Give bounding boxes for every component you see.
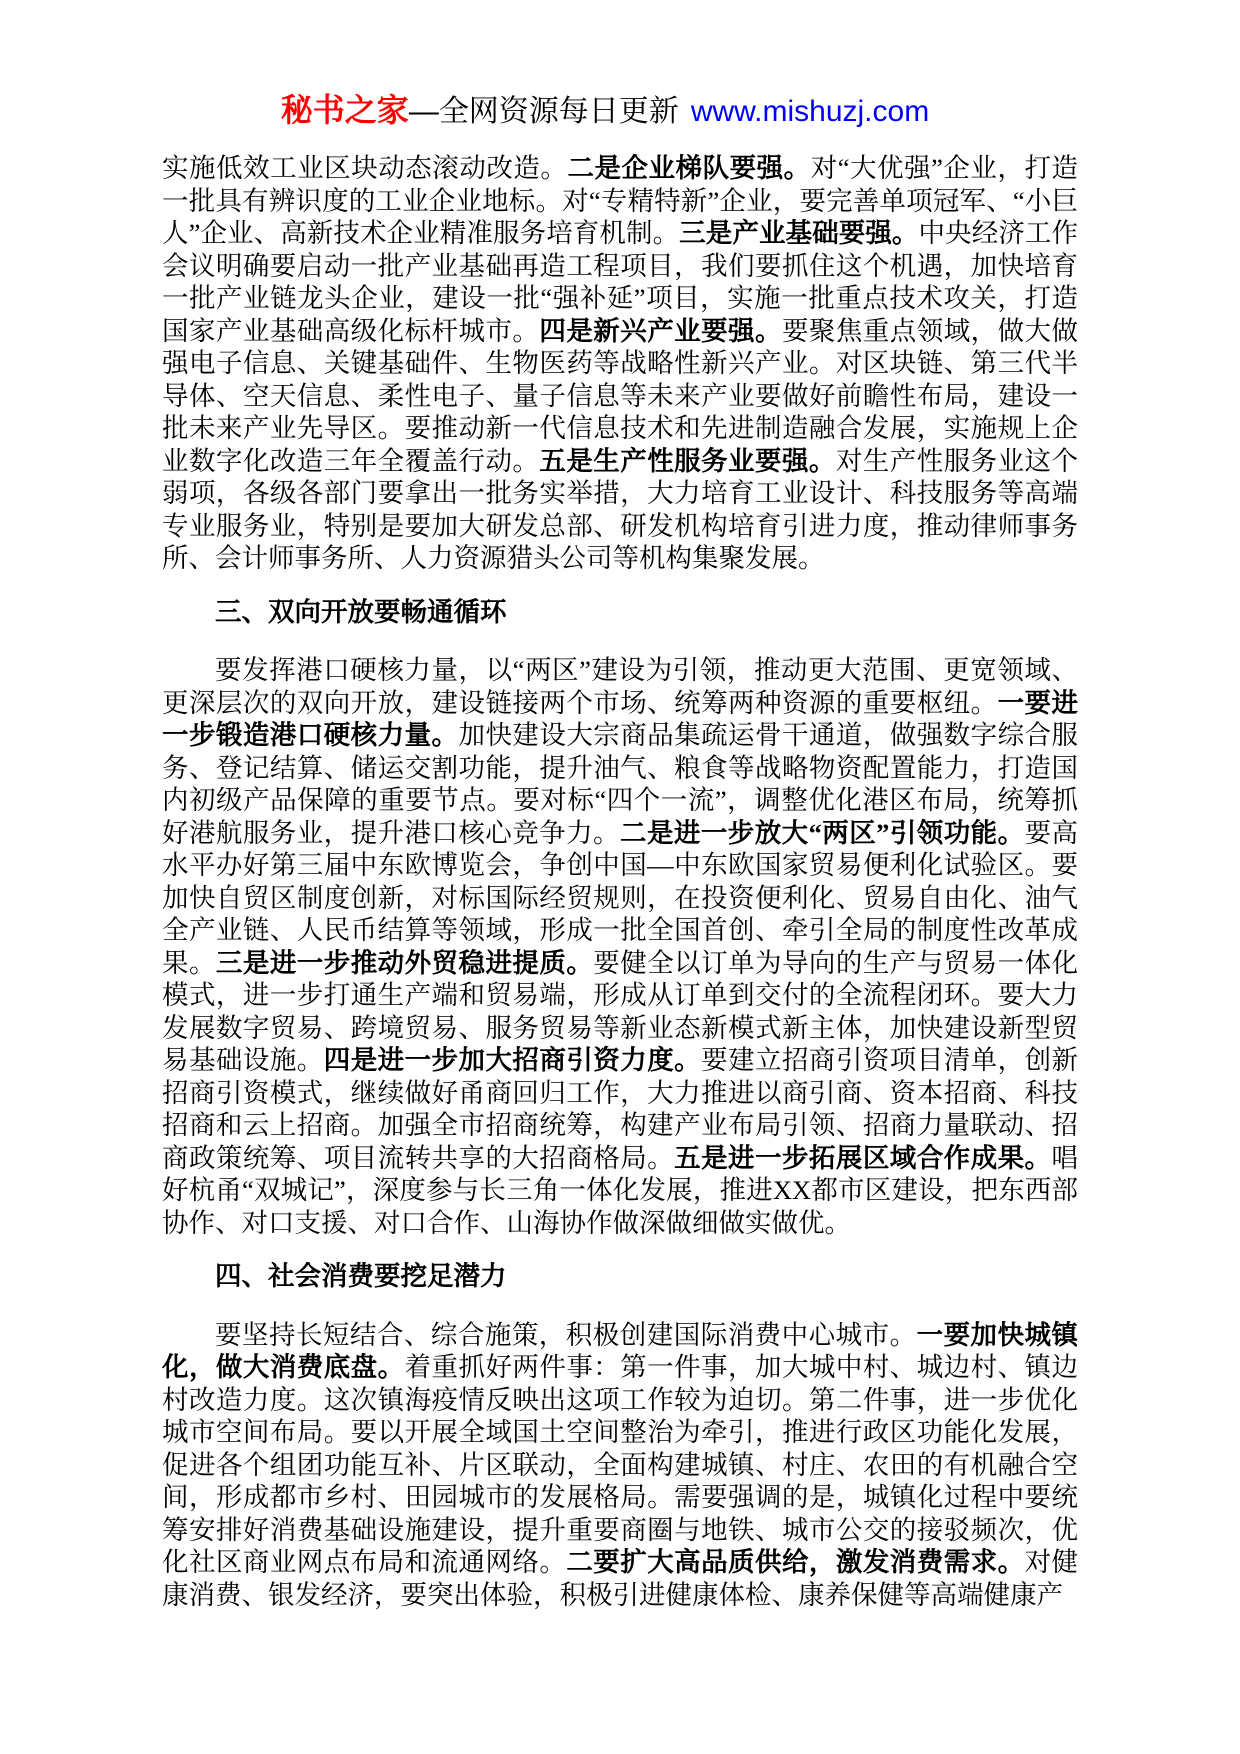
text-run: 实施低效工业区块动态滚动改造。	[162, 153, 567, 183]
paragraph-social-consumption: 要坚持长短结合、综合施策，积极创建国际消费中心城市。一要加快城镇化，做大消费底盘…	[162, 1319, 1078, 1612]
bold-run-industry-base: 三是产业基础要强。	[679, 218, 918, 248]
paragraph-industry-strength: 实施低效工业区块动态滚动改造。二是企业梯队要强。对“大优强”企业，打造一批具有辨…	[162, 152, 1078, 575]
paragraph-two-way-opening: 要发挥港口硬核力量，以“两区”建设为引领，推动更大范围、更宽领域、更深层次的双向…	[162, 654, 1078, 1239]
bold-run-foreign-trade: 三是进一步推动外贸稳进提质。	[216, 948, 593, 978]
bold-run-two-zones: 二是进一步放大“两区”引领功能。	[620, 818, 1025, 848]
site-header: 秘书之家—全网资源每日更新www.mishuzj.com	[132, 92, 1078, 130]
bold-run-enterprise-tier: 二是企业梯队要强。	[567, 153, 810, 183]
text-run: 要坚持长短结合、综合施策，积极创建国际消费中心城市。	[215, 1320, 917, 1350]
site-tagline: —全网资源每日更新	[409, 95, 679, 128]
document-page: 秘书之家—全网资源每日更新www.mishuzj.com 实施低效工业区块动态滚…	[162, 0, 1078, 1611]
bold-run-quality-supply: 二要扩大高品质供给，激发消费需求。	[566, 1547, 1024, 1577]
bold-run-investment-attraction: 四是进一步加大招商引资力度。	[324, 1045, 701, 1075]
heading-section-three: 三、双向开放要畅通循环	[162, 596, 1078, 629]
document-body: 实施低效工业区块动态滚动改造。二是企业梯队要强。对“大优强”企业，打造一批具有辨…	[162, 152, 1078, 1611]
heading-section-four: 四、社会消费要挖足潜力	[162, 1260, 1078, 1293]
text-run: 要发挥港口硬核力量，以“两区”建设为引领，推动更大范围、更宽领域、更深层次的双向…	[162, 655, 1078, 718]
site-brand: 秘书之家	[281, 92, 409, 128]
bold-run-producer-services: 五是生产性服务业要强。	[539, 446, 836, 476]
site-url-link[interactable]: www.mishuzj.com	[691, 95, 929, 128]
bold-run-regional-cooperation: 五是进一步拓展区域合作成果。	[674, 1143, 1051, 1173]
text-run: 着重抓好两件事：第一件事，加大城中村、城边村、镇边村改造力度。这次镇海疫情反映出…	[162, 1352, 1078, 1577]
bold-run-emerging-industry: 四是新兴产业要强。	[539, 316, 782, 346]
